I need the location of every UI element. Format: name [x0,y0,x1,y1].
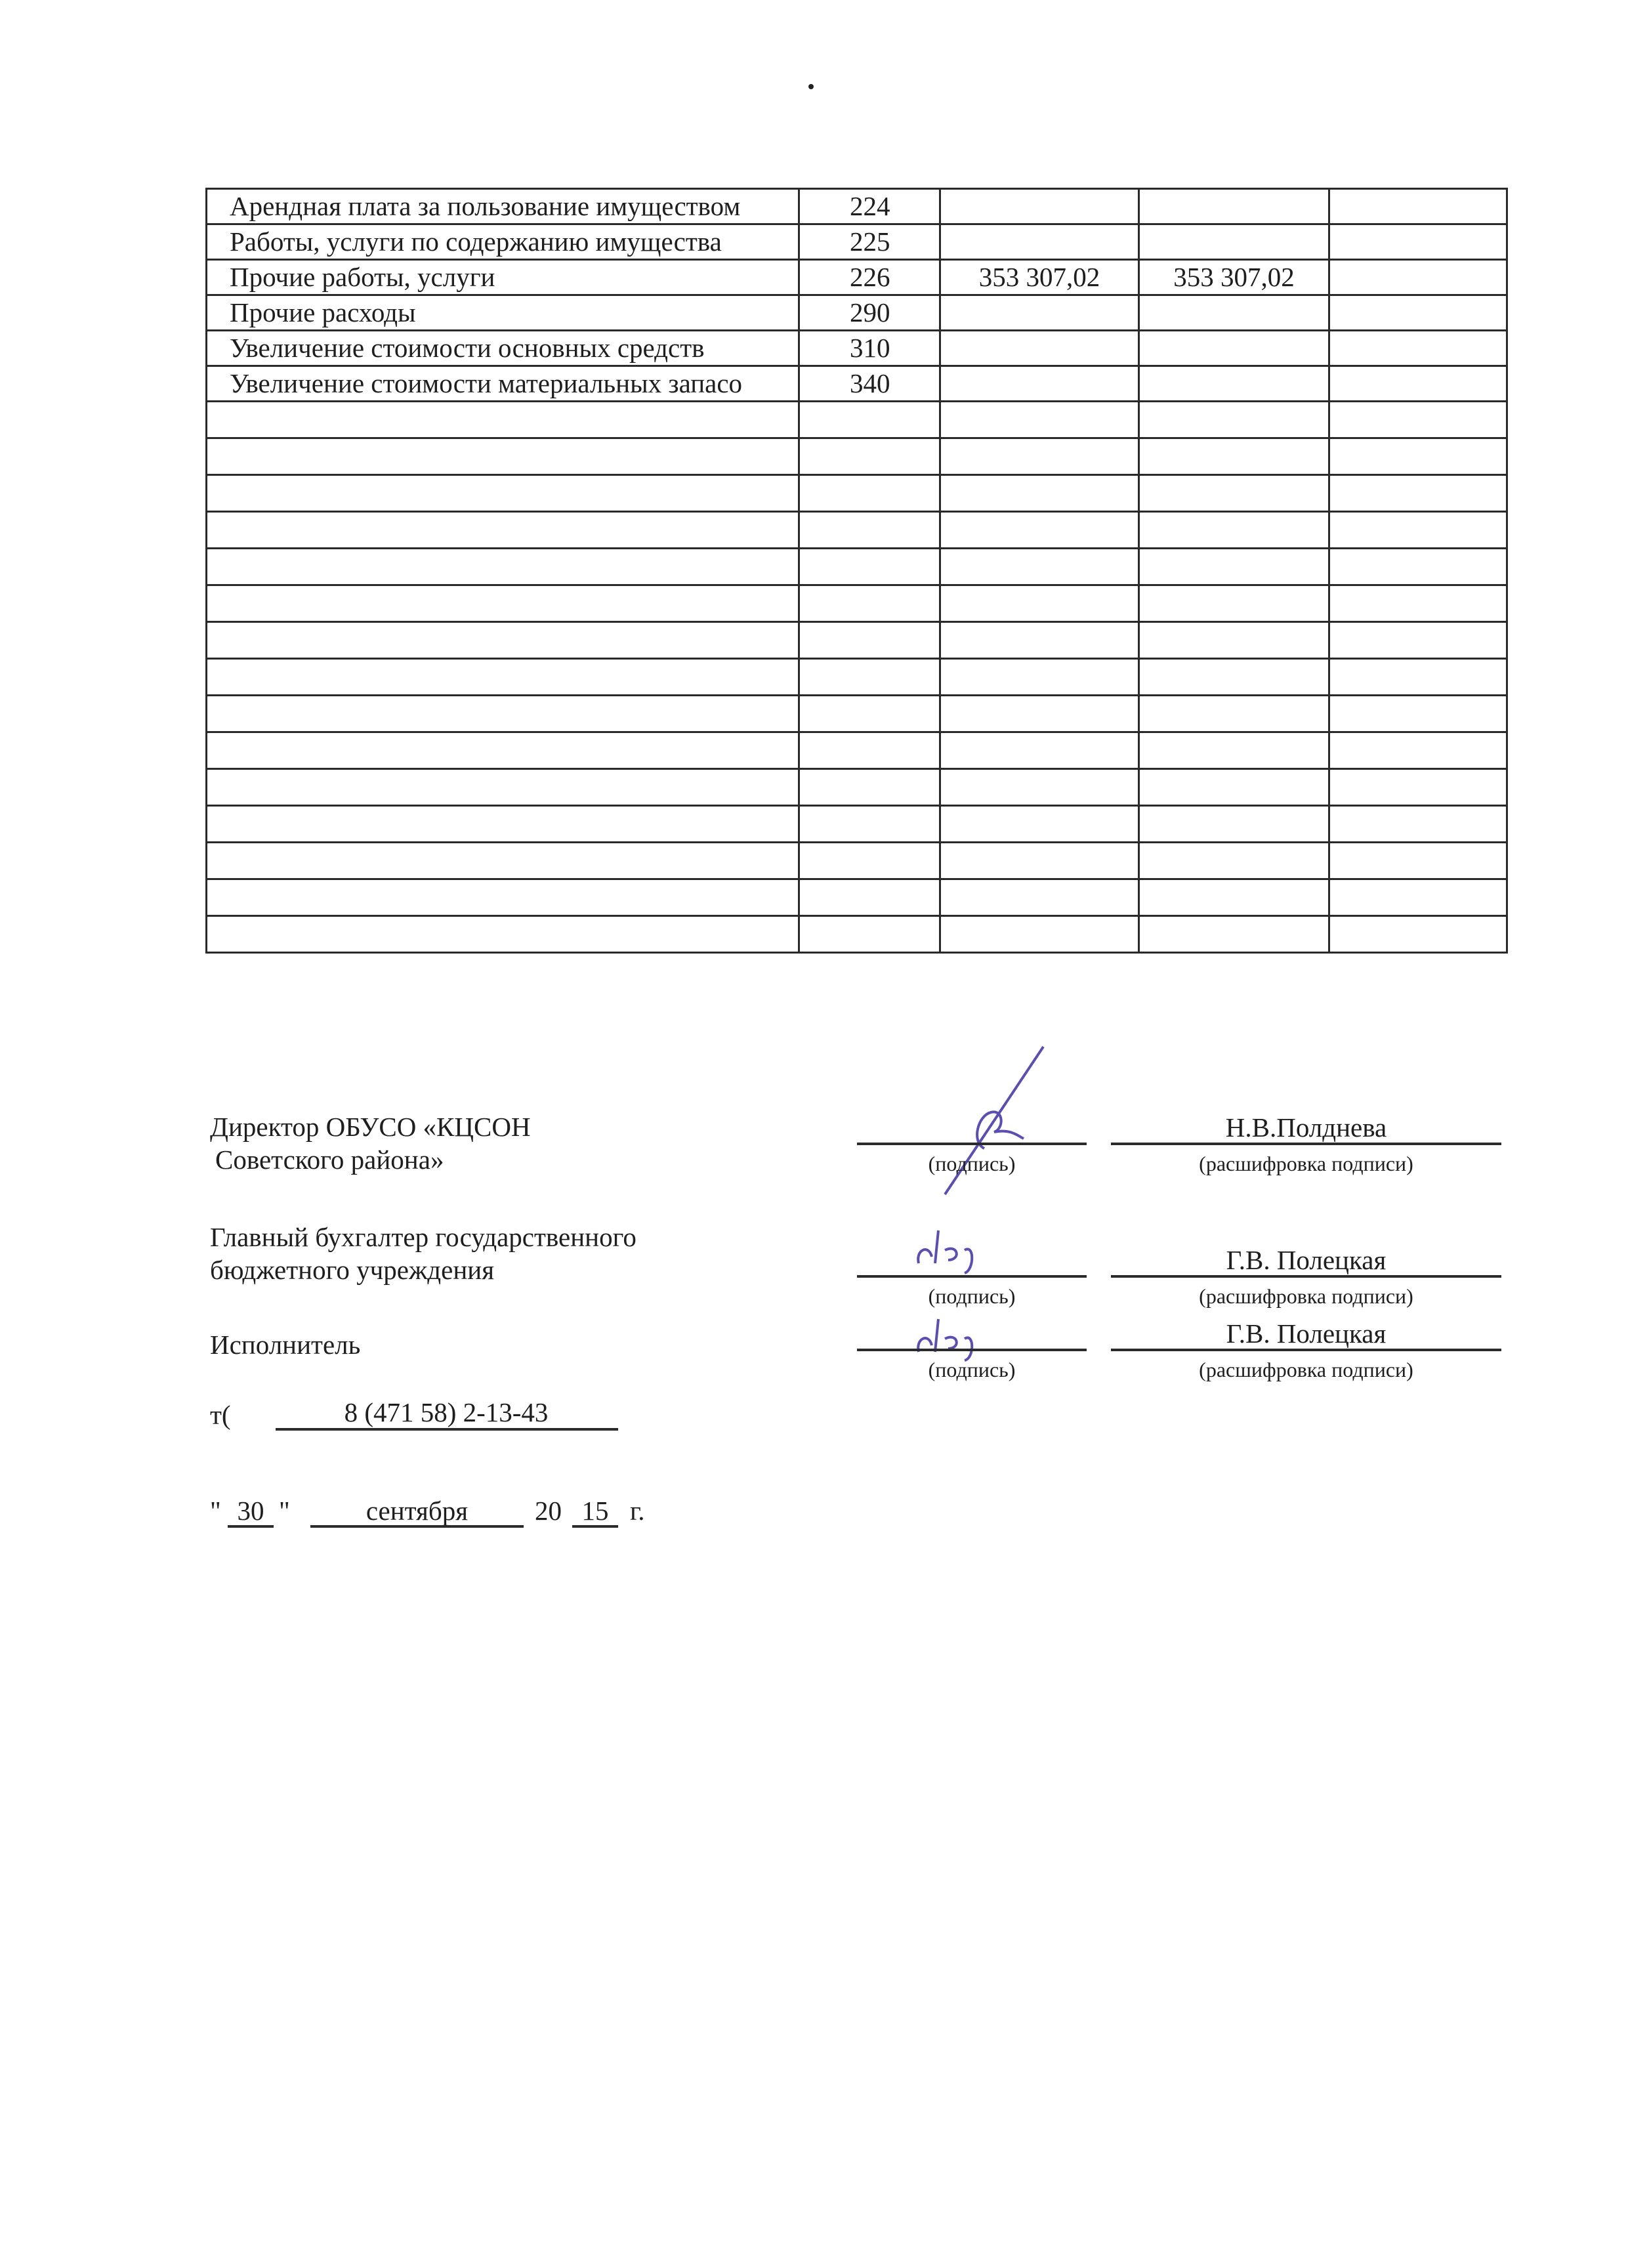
chief-accountant-name: Г.В. Полецкая [1111,1244,1501,1276]
row-value-cell [1329,189,1507,224]
chief-accountant-signature-icon [912,1224,991,1276]
empty-cell [799,843,940,879]
empty-cell [940,402,1139,438]
empty-cell [799,402,940,438]
empty-cell [799,585,940,622]
phone-label: т( [210,1399,231,1431]
empty-cell [940,732,1139,769]
empty-cell [1139,732,1329,769]
table-row: Прочие расходы290 [207,295,1507,331]
empty-cell [799,659,940,696]
empty-cell [940,512,1139,549]
empty-cell [1139,512,1329,549]
director-title: Директор ОБУСО «КЦСОН Советского района» [210,1110,531,1176]
row-value-cell [1329,224,1507,260]
executor-name-line [1111,1349,1501,1351]
chief-accountant-name-caption: (расшифровка подписи) [1111,1284,1501,1309]
executor-signature-icon [912,1316,991,1362]
empty-cell [1139,585,1329,622]
table-row-empty [207,585,1507,622]
empty-cell [940,659,1139,696]
executor-sign-caption: (подпись) [857,1358,1087,1382]
row-value-cell [940,331,1139,366]
chief-accountant-signature-line [857,1275,1087,1278]
empty-cell [1139,769,1329,806]
empty-cell [799,622,940,659]
table-row-empty [207,402,1507,438]
empty-cell [940,438,1139,475]
empty-cell [1139,879,1329,916]
date-suffix: г. [630,1495,644,1526]
row-value-cell [940,224,1139,260]
table-row-empty [207,475,1507,512]
date-close-quote: " [279,1495,290,1526]
row-code-cell: 226 [799,260,940,295]
row-code-cell: 224 [799,189,940,224]
empty-cell [1139,843,1329,879]
empty-cell [207,475,799,512]
empty-cell [940,879,1139,916]
chief-accountant-title: Главный бухгалтер государственного бюдже… [210,1221,637,1286]
empty-cell [207,438,799,475]
empty-cell [1329,438,1507,475]
date-year: 15 [572,1495,618,1526]
row-name-cell: Арендная плата за пользование имуществом [207,189,799,224]
row-code-cell: 310 [799,331,940,366]
empty-cell [207,696,799,732]
empty-cell [207,585,799,622]
chief-accountant-sign-caption: (подпись) [857,1284,1087,1309]
empty-cell [207,622,799,659]
table-row: Прочие работы, услуги226353 307,02353 30… [207,260,1507,295]
empty-cell [940,585,1139,622]
empty-cell [1139,475,1329,512]
empty-cell [207,769,799,806]
table-row: Увеличение стоимости материальных запасо… [207,366,1507,402]
executor-name: Г.В. Полецкая [1111,1318,1501,1349]
empty-cell [1139,659,1329,696]
director-name: Н.В.Полднева [1111,1112,1501,1143]
table-row-empty [207,732,1507,769]
row-value-cell [1139,331,1329,366]
empty-cell [1139,806,1329,843]
executor-title: Исполнитель [210,1328,360,1361]
empty-cell [799,512,940,549]
empty-cell [207,512,799,549]
director-sign-caption: (подпись) [857,1152,1087,1176]
empty-cell [799,696,940,732]
phone-line [276,1428,618,1431]
empty-cell [1329,696,1507,732]
date-month-line [310,1525,524,1528]
empty-cell [799,475,940,512]
table-row: Арендная плата за пользование имуществом… [207,189,1507,224]
empty-cell [940,622,1139,659]
table-row-empty [207,916,1507,953]
empty-cell [799,549,940,585]
empty-cell [1329,402,1507,438]
table-row: Увеличение стоимости основных средств310 [207,331,1507,366]
empty-cell [1329,622,1507,659]
table-row-empty [207,696,1507,732]
empty-cell [207,879,799,916]
table-row-empty [207,769,1507,806]
row-code-cell: 340 [799,366,940,402]
empty-cell [1329,659,1507,696]
row-value-cell [1139,366,1329,402]
date-century: 20 [535,1495,562,1526]
row-value-cell [940,295,1139,331]
phone-value: 8 (471 58) 2-13-43 [276,1396,617,1428]
director-name-line [1111,1143,1501,1145]
row-value-cell [1329,366,1507,402]
row-code-cell: 290 [799,295,940,331]
table-row: Работы, услуги по содержанию имущества22… [207,224,1507,260]
executor-name-caption: (расшифровка подписи) [1111,1358,1501,1382]
row-value-cell [1139,189,1329,224]
empty-cell [799,769,940,806]
row-value-cell [1329,295,1507,331]
empty-cell [1329,769,1507,806]
empty-cell [940,696,1139,732]
table-row-empty [207,512,1507,549]
table-row-empty [207,438,1507,475]
empty-cell [1329,879,1507,916]
row-name-cell: Прочие расходы [207,295,799,331]
empty-cell [1139,696,1329,732]
row-value-cell [940,366,1139,402]
row-name-cell: Увеличение стоимости основных средств [207,331,799,366]
empty-cell [207,402,799,438]
row-value-cell: 353 307,02 [940,260,1139,295]
director-name-caption: (расшифровка подписи) [1111,1152,1501,1176]
row-value-cell [1139,224,1329,260]
empty-cell [1139,916,1329,953]
empty-cell [207,732,799,769]
empty-cell [1329,549,1507,585]
chief-accountant-name-line [1111,1275,1501,1278]
row-name-cell: Работы, услуги по содержанию имущества [207,224,799,260]
date-day-line [228,1525,274,1528]
empty-cell [940,916,1139,953]
empty-cell [207,916,799,953]
empty-cell [207,806,799,843]
director-signature-line [857,1143,1087,1145]
scan-speck [808,84,814,89]
table-row-empty [207,806,1507,843]
table-row-empty [207,622,1507,659]
date-month: сентября [310,1495,524,1526]
empty-cell [1329,806,1507,843]
empty-cell [1329,585,1507,622]
empty-cell [1139,402,1329,438]
empty-cell [1329,916,1507,953]
executor-signature-line [857,1349,1087,1351]
director-signature-icon [906,1043,1063,1207]
empty-cell [799,732,940,769]
empty-cell [1139,622,1329,659]
table-row-empty [207,879,1507,916]
empty-cell [1139,438,1329,475]
empty-cell [799,879,940,916]
empty-cell [1329,843,1507,879]
empty-cell [799,438,940,475]
empty-cell [940,843,1139,879]
row-value-cell [1329,260,1507,295]
table-row-empty [207,549,1507,585]
empty-cell [799,806,940,843]
date-day: 30 [228,1495,274,1526]
empty-cell [940,475,1139,512]
empty-cell [1329,732,1507,769]
row-name-cell: Увеличение стоимости материальных запасо [207,366,799,402]
empty-cell [207,659,799,696]
row-name-cell: Прочие работы, услуги [207,260,799,295]
date-year-line [572,1525,618,1528]
empty-cell [1329,512,1507,549]
row-code-cell: 225 [799,224,940,260]
expenses-table: Арендная плата за пользование имуществом… [205,188,1508,954]
empty-cell [940,549,1139,585]
row-value-cell [1139,295,1329,331]
empty-cell [1329,475,1507,512]
empty-cell [1139,549,1329,585]
empty-cell [799,916,940,953]
row-value-cell [940,189,1139,224]
date-open-quote: " [210,1495,221,1526]
row-value-cell: 353 307,02 [1139,260,1329,295]
table-row-empty [207,843,1507,879]
empty-cell [207,549,799,585]
empty-cell [207,843,799,879]
table-row-empty [207,659,1507,696]
empty-cell [940,806,1139,843]
row-value-cell [1329,331,1507,366]
empty-cell [940,769,1139,806]
